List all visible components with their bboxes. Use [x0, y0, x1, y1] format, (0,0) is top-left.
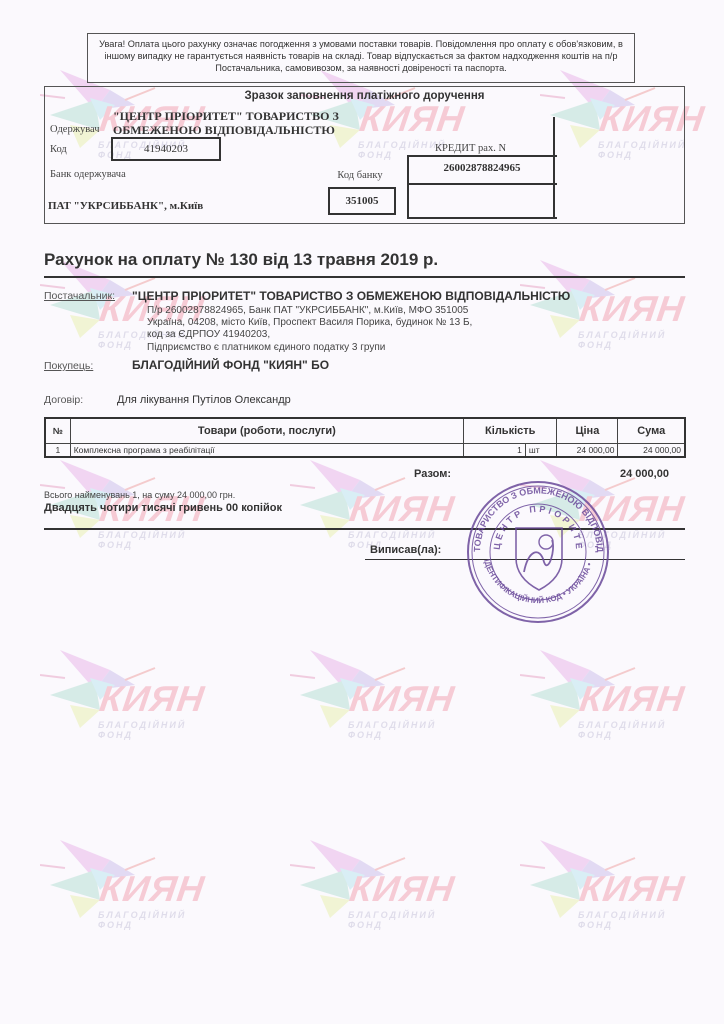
payment-sample-title: Зразок заповнення платіжного доручення [45, 90, 684, 102]
kiyan-watermark: КИЯНБЛАГОДІЙНИЙ ФОНД [520, 640, 690, 750]
supplier-details: П/р 26002878824965, Банк ПАТ "УКРСИББАНК… [147, 305, 472, 354]
credit-label: КРЕДИТ рах. N [435, 143, 506, 154]
row-sum: 24 000,00 [618, 444, 685, 458]
row-price: 24 000,00 [557, 444, 618, 458]
kiyan-watermark: КИЯНБЛАГОДІЙНИЙ ФОНД [520, 250, 690, 360]
supplier-detail-line: П/р 26002878824965, Банк ПАТ "УКРСИББАНК… [147, 305, 472, 317]
total-label: Разом: [414, 468, 451, 480]
row-unit: шт [525, 444, 556, 458]
bank-name: ПАТ "УКРСИББАНК", м.Київ [48, 200, 203, 212]
recipient-label: Одержувач [50, 124, 100, 135]
contract-value: Для лікування Путілов Олександр [117, 394, 291, 406]
col-sum: Сума [618, 418, 685, 444]
supplier-name: "ЦЕНТР ПРІОРИТЕТ" ТОВАРИСТВО З ОБМЕЖЕНОЮ… [132, 289, 570, 303]
amount-in-words: Двадцять чотири тисячі гривень 00 копійо… [44, 502, 282, 514]
bird-logo-icon [520, 830, 640, 920]
divider-line [553, 117, 555, 219]
kiyan-watermark: КИЯНБЛАГОДІЙНИЙ ФОНД [290, 830, 460, 940]
bird-logo-icon [40, 830, 160, 920]
signer-label: Виписав(ла): [370, 544, 441, 556]
col-qty: Кількість [464, 418, 557, 444]
supplier-detail-line: Україна, 04208, місто Київ, Проспект Вас… [147, 317, 472, 329]
buyer-name: БЛАГОДІЙНИЙ ФОНД "КИЯН" БО [132, 358, 329, 372]
payment-sample-box: Зразок заповнення платіжного доручення "… [44, 86, 685, 224]
total-value: 24 000,00 [620, 468, 669, 480]
bird-logo-icon [40, 640, 160, 730]
credit-value: 26002878824965 [427, 162, 537, 174]
table-row: 1 Комплексна програма з реабілітації 1 ш… [45, 444, 685, 458]
bank-code-value: 351005 [328, 187, 396, 215]
bird-logo-icon [290, 640, 410, 730]
kiyan-watermark: КИЯНБЛАГОДІЙНИЙ ФОНД [40, 830, 210, 940]
supplier-detail-line: код за ЄДРПОУ 41940203, [147, 329, 472, 341]
bird-logo-icon [520, 640, 640, 730]
supplier-detail-line: Підприємство є платником єдиного податку… [147, 342, 472, 354]
code-label: Код [50, 144, 67, 155]
row-num: 1 [45, 444, 70, 458]
title-rule [44, 276, 685, 278]
buyer-label: Покупець: [44, 360, 93, 372]
kiyan-watermark: КИЯНБЛАГОДІЙНИЙ ФОНД [520, 830, 690, 940]
row-goods: Комплексна програма з реабілітації [70, 444, 463, 458]
row-qty: 1 [464, 444, 526, 458]
items-table: № Товари (роботи, послуги) Кількість Цін… [44, 417, 686, 458]
recipient-name-line1: "ЦЕНТР ПРІОРИТЕТ" ТОВАРИСТВО З [113, 109, 339, 123]
kiyan-watermark: КИЯНБЛАГОДІЙНИЙ ФОНД [290, 640, 460, 750]
bird-logo-icon [290, 450, 410, 540]
bank-label: Банк одержувача [50, 169, 126, 180]
col-goods: Товари (роботи, послуги) [70, 418, 463, 444]
col-num: № [45, 418, 70, 444]
notice-text: Увага! Оплата цього рахунку означає пого… [99, 39, 623, 73]
table-header-row: № Товари (роботи, послуги) Кількість Цін… [45, 418, 685, 444]
code-value: 41940203 [111, 137, 221, 161]
recipient-name: "ЦЕНТР ПРІОРИТЕТ" ТОВАРИСТВО З ОБМЕЖЕНОЮ… [113, 109, 339, 137]
invoice-title: Рахунок на оплату № 130 від 13 травня 20… [44, 250, 438, 270]
col-price: Ціна [557, 418, 618, 444]
notice-box: Увага! Оплата цього рахунку означає пого… [87, 33, 635, 83]
kiyan-watermark: КИЯНБЛАГОДІЙНИЙ ФОНД [40, 640, 210, 750]
supplier-label: Постачальник: [44, 290, 115, 302]
contract-label: Договір: [44, 394, 83, 406]
company-stamp: ТОВАРИСТВО З ОБМЕЖЕНОЮ ВІДПОВІДАЛЬНІСТЮ … [466, 480, 611, 625]
bank-code-label: Код банку [330, 170, 390, 181]
bird-logo-icon [290, 830, 410, 920]
svg-text:ТОВАРИСТВО З ОБМЕЖЕНОЮ ВІДПОВІ: ТОВАРИСТВО З ОБМЕЖЕНОЮ ВІДПОВІДАЛЬНІСТЮ … [466, 480, 605, 553]
recipient-name-line2: ОБМЕЖЕНОЮ ВІДПОВІДАЛЬНІСТЮ [113, 123, 339, 137]
items-count-line: Всього найменувань 1, на суму 24 000,00 … [44, 490, 235, 500]
